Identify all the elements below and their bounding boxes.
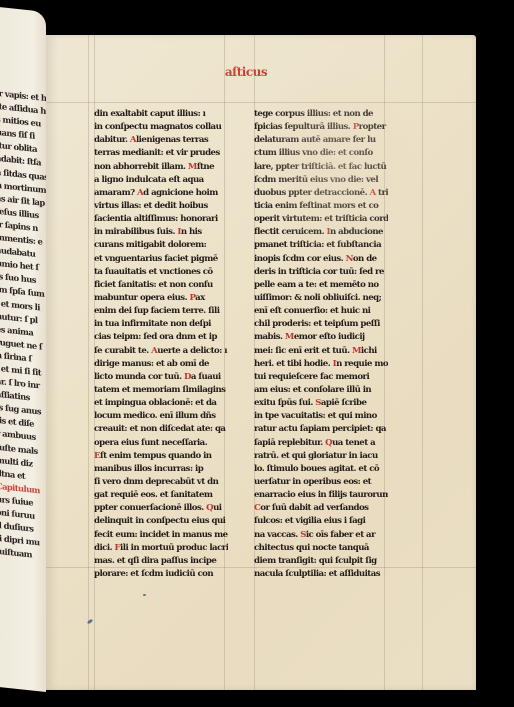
text-line: in conſpectu magnatos collau — [94, 121, 228, 134]
line-text: ſulcos: et vigilia eius i ſagi — [254, 516, 365, 526]
line-text: mei: ſic enī erit et tuū. — [254, 346, 352, 356]
line-text: non abhorrebit illam. — [94, 162, 188, 172]
text-line: ſulcos: et vigilia eius i ſagi — [254, 515, 388, 528]
line-text: uiſſimor: & noli obliuiſci. neq; — [254, 293, 381, 303]
text-line: in tua infirmitate non deſpi — [94, 318, 228, 331]
line-text: fecit eum: incidet in manus me — [94, 530, 228, 540]
text-line: et impingua oblacionē: et da — [94, 397, 228, 410]
line-text: operit virtutem: et triſticia cordis — [254, 214, 388, 224]
text-line: tui requieſcere fac memori — [254, 371, 388, 384]
text-column-2: tege corpus illius: et non deſpicias ſep… — [254, 108, 388, 581]
line-text: n abducione — [330, 227, 383, 237]
line-text: on de — [353, 254, 377, 264]
rubricated-initial: N — [346, 254, 353, 264]
rubricated-initial: M — [188, 162, 197, 172]
line-text: dici. — [94, 543, 114, 553]
text-line: Eſt enim tempus quando in — [94, 450, 228, 463]
margin-rule-left — [88, 35, 89, 690]
text-line: heri. et tibi hodie. In requie mor — [254, 358, 388, 371]
running-head: aſticus — [216, 65, 276, 79]
rubricated-initial: M — [285, 332, 294, 342]
line-text: lienigenas terras — [136, 135, 208, 145]
line-text: locum medico. enī illum dñs — [94, 411, 216, 421]
line-text: et vnguentarius faciet pigmē — [94, 254, 218, 264]
text-line: enarracio eius in filijs taurorum. — [254, 489, 388, 502]
line-text: delinquit in conſpectu eius qui — [94, 516, 225, 526]
rubricated-initial: M — [352, 346, 361, 356]
text-line: ctum illius vno die: et conſo — [254, 147, 388, 160]
text-line: chitectus qui nocte tanquā — [254, 542, 388, 555]
line-text: na vaccas. — [254, 530, 300, 540]
text-column-1: din exaltabit caput illius: ıin conſpect… — [94, 108, 228, 581]
text-line: uiſſimor: & noli obliuiſci. neq; — [254, 292, 388, 305]
line-text: ta ſuauitatis et vnctiones cō — [94, 267, 213, 277]
line-text: duobus ppter detraccionē. — [254, 188, 369, 198]
line-text: virtus illas: et dedit hoibus — [94, 201, 208, 211]
text-line: enī eſt conuerſio: et huic ni — [254, 305, 388, 318]
line-text: triſ — [376, 188, 388, 198]
text-line: lo. ſtimulo boues agitat. et cō — [254, 463, 388, 476]
text-line: diem tranſigit: qui ſculpit ſig — [254, 555, 388, 568]
line-text: in conſpectu magnatos collau — [94, 122, 221, 132]
line-text: enī eſt conuerſio: et huic ni — [254, 306, 370, 316]
text-line: tatem et memoriam ſimilagins — [94, 384, 228, 397]
text-line: terras medianit: et vir prudes — [94, 147, 228, 160]
text-line: tege corpus illius: et non de — [254, 108, 388, 121]
text-line: duobus ppter detraccionē. A triſ — [254, 187, 388, 200]
text-line: manibus illos incurras: ip — [94, 463, 228, 476]
text-line: pelle eam a te: et memēto no — [254, 279, 388, 292]
text-line: lare, ppter triſticiā. et fac luctū — [254, 161, 388, 174]
line-text: dirige manus: et ab omī de — [94, 359, 209, 369]
line-text: ſi vero dnm deprecabūt vt dn — [94, 477, 218, 487]
line-text: dabitur. — [94, 135, 130, 145]
text-line: ratrū. et qui gloriatur in iacu — [254, 450, 388, 463]
line-text: ropter — [359, 122, 386, 132]
line-text: ratrū. et qui gloriatur in iacu — [254, 451, 378, 461]
line-text: et impingua oblacionē: et da — [94, 398, 216, 408]
line-text: ſapiā replebitur. — [254, 438, 325, 448]
text-line: virtus illas: et dedit hoibus — [94, 200, 228, 213]
line-text: deris in triſticia cor tuū: ſed re — [254, 267, 384, 277]
left-page-text: ir vapis: et hite aſſidua hts mitios euu… — [0, 87, 36, 563]
line-text: gat requiē eos. et ſanitatem — [94, 490, 212, 500]
line-text: licto munda cor tuū. — [94, 372, 184, 382]
text-line: et vnguentarius faciet pigmē — [94, 253, 228, 266]
line-text: ſacientia altiſſimus: honorari — [94, 214, 218, 224]
text-line: chil proderis: et teipſum peſſi — [254, 318, 388, 331]
text-line: licto munda cor tuū. Da ſuaui — [94, 371, 228, 384]
line-text: pelle eam a te: et memēto no — [254, 280, 379, 290]
text-line: non abhorrebit illam. Mſtne — [94, 161, 228, 174]
line-text: emor eſto iudicij — [294, 332, 365, 342]
text-line: cias teipm: ſed ora dnm et ip — [94, 331, 228, 344]
text-line: din exaltabit caput illius: ı — [94, 108, 228, 121]
text-line: dabitur. Alienigenas terras — [94, 134, 228, 147]
line-text: ctum illius vno die: et conſo — [254, 148, 373, 158]
line-text: uerſatur in operibus eos: et — [254, 477, 371, 487]
line-text: chil proderis: et teipſum peſſi — [254, 319, 380, 329]
line-text: diem tranſigit: qui ſculpit ſig — [254, 556, 377, 566]
text-line: in mirabilibus ſuis. In his — [94, 226, 228, 239]
line-text: lare, ppter triſticiā. et fac luctū — [254, 162, 386, 172]
text-line: ficiet ſanitatis: et non conſu — [94, 279, 228, 292]
text-line: mabuntur opera eius. Pax — [94, 292, 228, 305]
text-line: delaturam autē amare fer lu — [254, 134, 388, 147]
line-text: n requie mor — [336, 359, 388, 369]
line-text: ichi — [361, 346, 377, 356]
text-line: ſacientia altiſſimus: honorari — [94, 213, 228, 226]
text-line: na vaccas. Sic oīs faber et ar — [254, 529, 388, 542]
line-text: ſt enim tempus quando in — [100, 451, 211, 461]
line-text: enarracio eius in filijs taurorum. — [254, 490, 388, 500]
line-text: amaram? — [94, 188, 137, 198]
text-line: enim dei ſup faciem terre. ſili — [94, 305, 228, 318]
line-text: ppter conuerſacionē illos. — [94, 503, 206, 513]
margin-rule-top — [46, 102, 476, 103]
text-line: ſcdm meritū eius vno die: vel — [254, 174, 388, 187]
line-text: terras medianit: et vir prudes — [94, 148, 220, 158]
line-text: enim dei ſup faciem terre. ſili — [94, 306, 219, 316]
line-text: in tua infirmitate non deſpi — [94, 319, 211, 329]
text-line: ppter conuerſacionē illos. Qui — [94, 502, 228, 515]
text-line: in tpe vacuitatis: et qui mino — [254, 410, 388, 423]
line-text: ratur actu ſapiam percipiet: qa — [254, 424, 386, 434]
line-text: tui requieſcere fac memori — [254, 372, 369, 382]
line-text: or ſuū dabit ad verſandos — [260, 503, 368, 513]
line-text: ui — [213, 503, 221, 513]
line-text: plorare: et ſcdm iudiciū con — [94, 569, 213, 579]
line-text: pmanet triſticia: et ſubſtancia — [254, 240, 381, 250]
line-text: d agnicione hoim — [143, 188, 218, 198]
rubricated-initial: D — [184, 372, 191, 382]
line-text: mabuntur opera eius. — [94, 293, 189, 303]
line-text: ſe curabit te. — [94, 346, 151, 356]
text-line: flectit ceruicem. In abducione — [254, 226, 388, 239]
text-line: a ligno indulcata eſt aqua — [94, 174, 228, 187]
ink-speck — [143, 594, 146, 596]
text-line: locum medico. enī illum dñs — [94, 410, 228, 423]
text-line: ſe curabit te. Auerte a delicto: ı — [94, 345, 228, 358]
text-line: curans mitigabit dolorem: — [94, 239, 228, 252]
line-text: cias teipm: ſed ora dnm et ip — [94, 332, 217, 342]
text-line: ſi vero dnm deprecabūt vt dn — [94, 476, 228, 489]
text-line: mas. et qſi dira paſſus incipe — [94, 555, 228, 568]
text-line: nacula ſculptilia: et aſſiduitas — [254, 568, 388, 581]
text-line: amaram? Ad agnicione hoim — [94, 187, 228, 200]
line-text: a ſuaui — [191, 372, 221, 382]
line-text: heri. et tibi hodie. — [254, 359, 333, 369]
line-text: creauit: et non diſcedat ate: qa — [94, 424, 225, 434]
text-line: uerſatur in operibus eos: et — [254, 476, 388, 489]
text-line: gat requiē eos. et ſanitatem — [94, 489, 228, 502]
line-text: curans mitigabit dolorem: — [94, 240, 206, 250]
text-line: ratur actu ſapiam percipiet: qa — [254, 423, 388, 436]
line-text: inopis ſcdm cor eius. — [254, 254, 346, 264]
line-text: delaturam autē amare fer lu — [254, 135, 376, 145]
text-line: ticia enim feſtinat mors et co — [254, 200, 388, 213]
line-text: ſcdm meritū eius vno die: vel — [254, 175, 378, 185]
line-text: nacula ſculptilia: et aſſiduitas — [254, 569, 380, 579]
line-text: ſtne — [197, 162, 214, 172]
line-text: flectit ceruicem. — [254, 227, 326, 237]
line-text: in mirabilibus ſuis. — [94, 227, 177, 237]
line-text: ili in mortuū produc lacri — [120, 543, 228, 553]
text-line: pmanet triſticia: et ſubſtancia — [254, 239, 388, 252]
line-text: tege corpus illius: et non de — [254, 109, 373, 119]
line-text: chitectus qui nocte tanquā — [254, 543, 369, 553]
line-text: ticia enim feſtinat mors et co — [254, 201, 378, 211]
text-line: mabis. Memor eſto iudicij — [254, 331, 388, 344]
line-text: din exaltabit caput illius: ı — [94, 109, 205, 119]
line-text: uerte a delicto: ı — [157, 346, 227, 356]
text-line: mei: ſic enī erit et tuū. Michi — [254, 345, 388, 358]
line-text: apiē ſcribe — [321, 398, 366, 408]
line-text: exitu ſpūs ſui. — [254, 398, 315, 408]
line-text: n his — [181, 227, 202, 237]
line-text: ſpicias ſepulturā illius. — [254, 122, 353, 132]
text-line: plorare: et ſcdm iudiciū con — [94, 568, 228, 581]
text-line: ta ſuauitatis et vnctiones cō — [94, 266, 228, 279]
text-line: inopis ſcdm cor eius. Non de — [254, 253, 388, 266]
text-line: opera eius ſunt neceſſaria. — [94, 437, 228, 450]
line-text: in tpe vacuitatis: et qui mino — [254, 411, 377, 421]
text-line: ſapiā replebitur. Qua tenet a — [254, 437, 388, 450]
line-text: ua tenet a — [332, 438, 375, 448]
text-line: exitu ſpūs ſui. Sapiē ſcribe — [254, 397, 388, 410]
text-line: delinquit in conſpectu eius qui — [94, 515, 228, 528]
text-line: am eius: et conſolare illū in — [254, 384, 388, 397]
line-text: ax — [195, 293, 205, 303]
text-line: fecit eum: incidet in manus me — [94, 529, 228, 542]
line-text: a ligno indulcata eſt aqua — [94, 175, 204, 185]
line-text: manibus illos incurras: ip — [94, 464, 203, 474]
line-text: ficiet ſanitatis: et non conſu — [94, 280, 213, 290]
line-text: opera eius ſunt neceſſaria. — [94, 438, 207, 448]
text-line: operit virtutem: et triſticia cordis — [254, 213, 388, 226]
line-text: mas. et qſi dira paſſus incipe — [94, 556, 216, 566]
line-text: am eius: et conſolare illū in — [254, 385, 371, 395]
text-line: deris in triſticia cor tuū: ſed re — [254, 266, 388, 279]
text-line: Cor ſuū dabit ad verſandos — [254, 502, 388, 515]
text-line: ſpicias ſepulturā illius. Propter — [254, 121, 388, 134]
left-facing-page: ir vapis: et hite aſſidua hts mitios euu… — [0, 7, 46, 692]
margin-rule-outer — [422, 35, 423, 690]
line-text: ic oīs faber et ar — [306, 530, 375, 540]
text-line: dici. Fili in mortuū produc lacri — [94, 542, 228, 555]
line-text: lo. ſtimulo boues agitat. et cō — [254, 464, 379, 474]
text-line: dirige manus: et ab omī de — [94, 358, 228, 371]
manuscript-leaf: aſticus din exaltabit caput illius: ıin … — [46, 35, 476, 690]
line-text: tatem et memoriam ſimilagins — [94, 385, 225, 395]
line-text: mabis. — [254, 332, 285, 342]
text-line: creauit: et non diſcedat ate: qa — [94, 423, 228, 436]
